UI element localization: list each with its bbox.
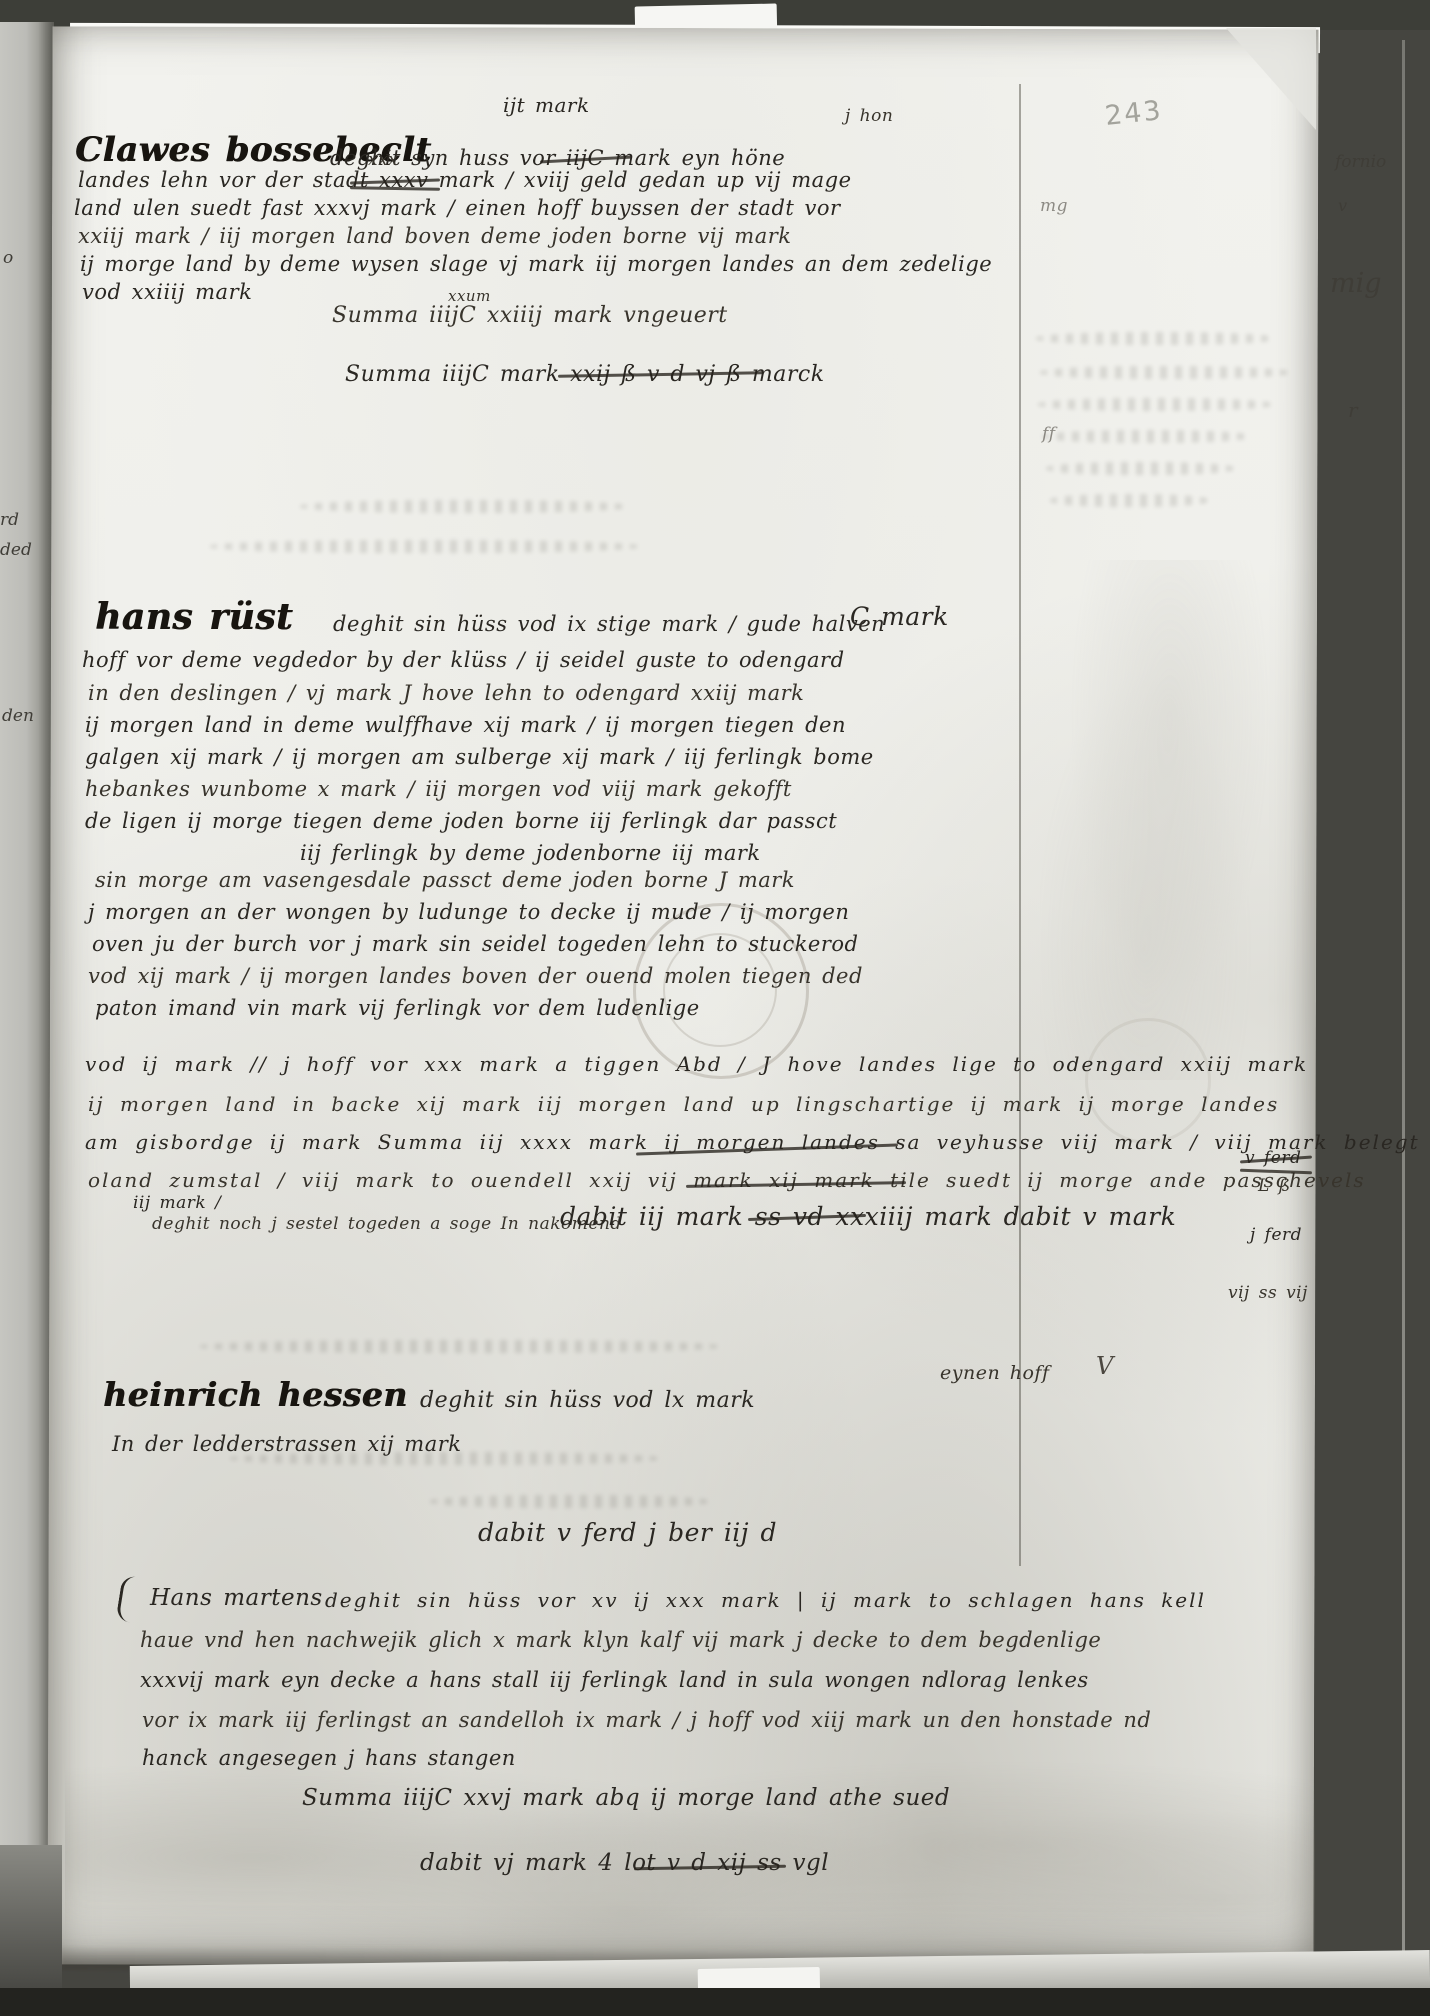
ghost-text-line: [200, 1340, 720, 1353]
manuscript-line: land ulen suedt fast xxxvj mark / einen …: [74, 196, 841, 220]
dabit-line: dabit iij mark ss vd xxxiiij mark dabit …: [560, 1202, 1176, 1231]
manuscript-line: ij morgen land in backe xij mark iij mor…: [88, 1092, 1279, 1116]
ghost-text-line: [430, 1495, 710, 1508]
entry-heading: Hans martens: [150, 1585, 323, 1611]
interlinear-correction: xxx: [368, 150, 398, 170]
adjacent-page-fragment: r: [1348, 398, 1358, 422]
manuscript-line: sin morge am vasengesdale passct deme jo…: [95, 868, 795, 892]
library-stamp-faint: [1085, 1018, 1211, 1144]
previous-page-edge: [0, 22, 54, 2016]
margin-fragment: mg: [1040, 196, 1068, 216]
margin-rule-line: [1019, 84, 1021, 1566]
previous-page-fragment: ded: [0, 540, 32, 560]
manuscript-scan: ijt mark j hon 243 Clawes bossebeclt deg…: [0, 0, 1430, 2016]
adjacent-page-fragment: mig: [1330, 268, 1382, 299]
adjacent-page-fragment: v: [1338, 196, 1347, 215]
dabit-line: dabit vj mark 4 lot v d xij ss vgl: [420, 1850, 829, 1876]
ghost-text-line: [1036, 332, 1276, 345]
manuscript-line: vor ix mark iij ferlingst an sandelloh i…: [142, 1708, 1151, 1732]
margin-note: L ß: [1258, 1176, 1291, 1196]
entry-heading: hans rüst: [95, 596, 293, 638]
manuscript-line: vod ij mark // j hoff vor xxx mark a tig…: [85, 1052, 1308, 1076]
manuscript-line: iij ferlingk by deme jodenborne iij mark: [300, 841, 761, 865]
scanner-background-bottom: [0, 1988, 1430, 2016]
manuscript-line: paton imand vin mark vij ferlingk vor de…: [95, 996, 700, 1020]
manuscript-line: oven ju der burch vor j mark sin seidel …: [92, 932, 858, 956]
summa-line: Summa iiijC xxvj mark abq ij morge land …: [302, 1785, 950, 1811]
margin-note: vij ss vij: [1228, 1283, 1308, 1303]
manuscript-line: hanck angesegen j hans stangen: [142, 1746, 516, 1770]
folio-number: 243: [1104, 95, 1164, 132]
side-note: eynen hoff: [940, 1362, 1049, 1384]
adjacent-page-fragment: fornio: [1335, 152, 1386, 172]
previous-page-fragment: o: [3, 248, 13, 268]
ghost-text-line: [1038, 398, 1273, 411]
header-annotation-center: ijt mark: [503, 93, 590, 117]
manuscript-line: de ligen ij morge tiegen deme joden born…: [85, 809, 837, 833]
ghost-text-line: [1042, 430, 1252, 443]
manuscript-line: In der ledderstrassen xij mark: [112, 1432, 461, 1456]
header-annotation-right: j hon: [845, 106, 893, 126]
entry-opening: deghit syn huss vor iijC mark eyn höne: [330, 146, 785, 170]
dabit-line: dabit v ferd j ber iij d: [478, 1518, 777, 1547]
page-stack-right: [1314, 24, 1430, 2016]
manuscript-line: galgen xij mark / ij morgen am sulberge …: [85, 745, 874, 769]
ghost-text-line: [1040, 366, 1290, 379]
manuscript-line: ij morgen land in deme wulffhave xij mar…: [85, 713, 846, 737]
entry-opening: deghit sin hüss vod ix stige mark / gude…: [333, 612, 885, 636]
entry-opening-tail: C mark: [850, 602, 949, 631]
manuscript-line: oland zumstal / viij mark to ouendell xx…: [88, 1168, 1366, 1192]
ghost-text-line: [1046, 462, 1236, 475]
manuscript-line: in den deslingen / vj mark J hove lehn t…: [88, 681, 804, 705]
check-mark: V: [1096, 1352, 1114, 1380]
manuscript-line: xxiij mark / iij morgen land boven deme …: [78, 224, 792, 248]
manuscript-line: vod xij mark / ij morgen landes boven de…: [88, 964, 863, 988]
summa-line: Summa iiijC xxiiij mark vngeuert: [332, 303, 728, 328]
manuscript-line: hoff vor deme vegdedor by der klüss / ij…: [82, 648, 845, 672]
manuscript-line: ij morge land by deme wysen slage vj mar…: [80, 252, 992, 276]
manuscript-line: j morgen an der wongen by ludunge to dec…: [88, 900, 849, 924]
page-stack-crease: [1402, 40, 1405, 2000]
manuscript-line: xxxvij mark eyn decke a hans stall iij f…: [140, 1668, 1089, 1692]
entry-opening: deghit sin hüss vod lx mark: [420, 1388, 755, 1413]
manuscript-line: landes lehn vor der stadt xxxv mark / xv…: [78, 168, 852, 192]
margin-fragment: ff: [1042, 424, 1056, 444]
page-corner-fold: [1226, 28, 1316, 130]
manuscript-line: iij mark /: [133, 1193, 221, 1213]
previous-page-fragment: rd: [0, 510, 19, 530]
entry-heading: heinrich hessen: [103, 1375, 408, 1414]
previous-page-fragment: den: [2, 706, 34, 726]
manuscript-line: deghit sin hüss vor xv ij xxx mark | ij …: [325, 1588, 1206, 1612]
ghost-text-line: [1050, 494, 1210, 507]
note-line: deghit noch j sestel togeden a soge In n…: [152, 1214, 622, 1234]
manuscript-line: haue vnd hen nachwejik glich x mark klyn…: [140, 1628, 1101, 1652]
margin-note: j ferd: [1250, 1225, 1302, 1245]
ghost-text-line: [210, 540, 640, 553]
manuscript-line: hebankes wunbome x mark / iij morgen vod…: [85, 777, 792, 801]
manuscript-line: vod xxiiij mark: [82, 280, 252, 304]
ghost-text-line: [300, 500, 630, 513]
